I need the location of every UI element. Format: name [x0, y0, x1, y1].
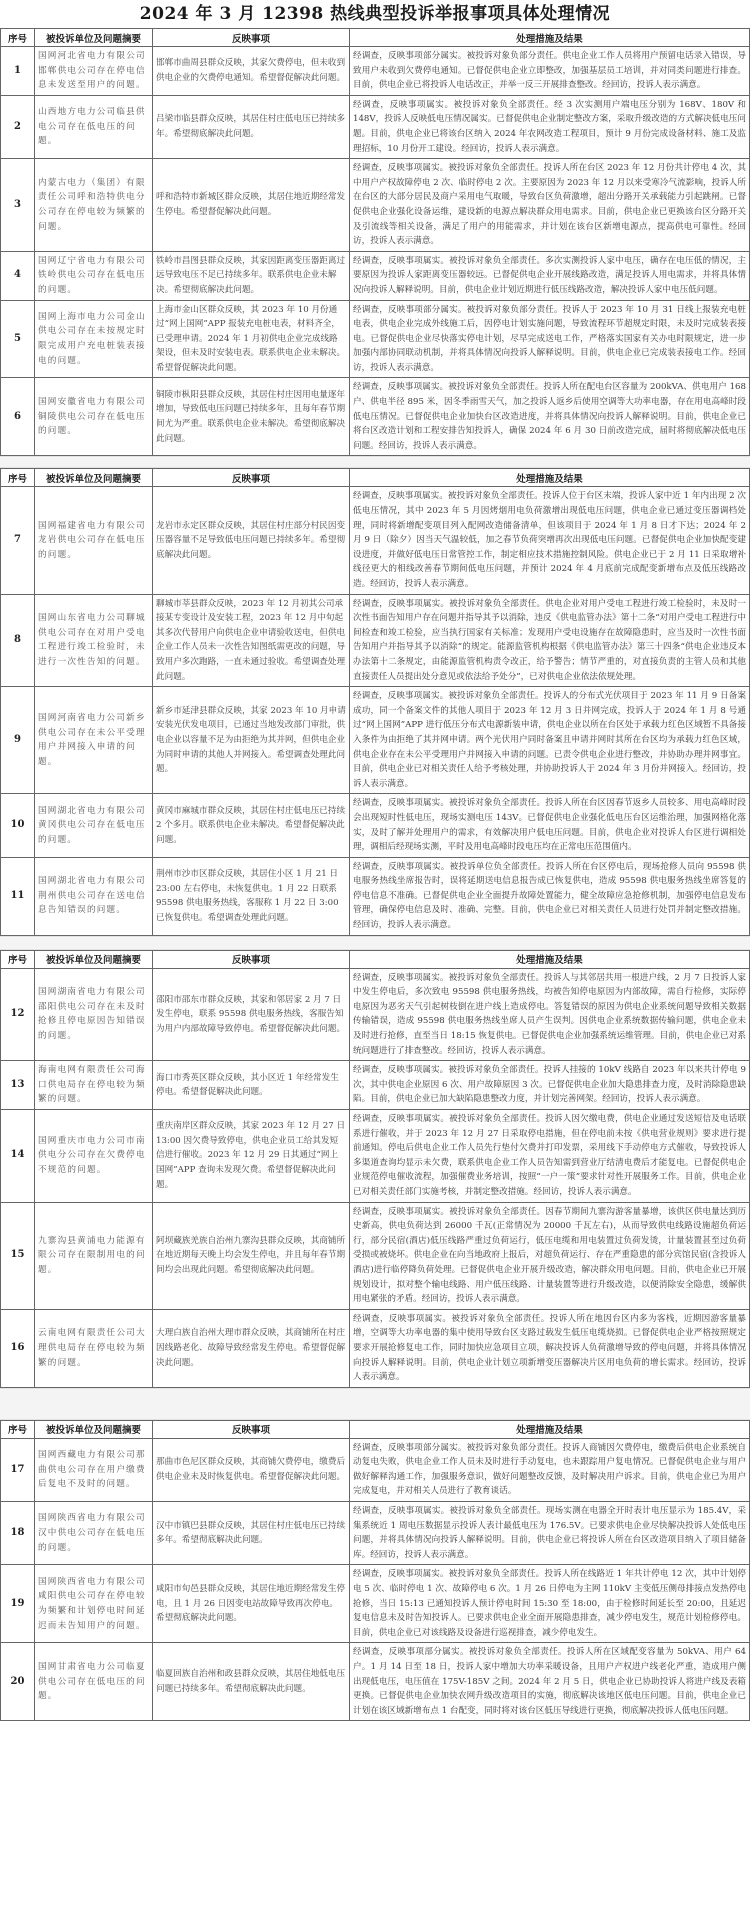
row-number: 16 — [1, 1309, 35, 1387]
table-block: 序号 被投诉单位及问题摘要 反映事项 处理措施及结果 7 国网福建省电力有限公司… — [0, 468, 750, 935]
row-number: 2 — [1, 95, 35, 158]
row-reported-issue: 吕梁市临县群众反映，其居住村庄低电压已持续多年。希望彻底解决此问题。 — [153, 95, 350, 158]
row-number: 12 — [1, 968, 35, 1061]
row-reported-issue: 重庆南岸区群众反映，其家 2023 年 12 月 27 日 13:00 因欠费导… — [153, 1110, 350, 1203]
row-number: 20 — [1, 1643, 35, 1721]
row-unit-summary: 国网西藏电力有限公司那曲供电公司存在用户缴费后复电不及时的问题。 — [35, 1438, 153, 1501]
row-handling-result: 经调查，反映事项属实。被投诉单位负全部责任。投诉人所在台区停电后，现场抢修人员向… — [350, 857, 750, 935]
header-issue: 反映事项 — [153, 1420, 350, 1438]
row-reported-issue: 铜陵市枞阳县群众反映，其居住村庄因用电量逐年增加，导致低电压问题已持续多年，且每… — [153, 378, 350, 456]
row-reported-issue: 龙岩市永定区群众反映，其居住村庄部分村民因变压器容量不足导致低电压问题已持续多年… — [153, 487, 350, 594]
complaints-table: 序号 被投诉单位及问题摘要 反映事项 处理措施及结果 17 国网西藏电力有限公司… — [0, 1420, 750, 1722]
row-handling-result: 经调查，反映事项属实。被投诉对象负全部责任。投诉人与其邻居共用一根进户线，2 月… — [350, 968, 750, 1061]
table-row: 10 国网湖北省电力有限公司黄冈供电公司存在低电压的问题。 黄冈市麻城市群众反映… — [1, 794, 750, 857]
row-handling-result: 经调查，反映事项属实。被投诉对象负全部责任。投诉人挂接的 10kV 线路自 20… — [350, 1061, 750, 1110]
table-row: 11 国网湖北省电力有限公司荆州供电公司存在送电信息告知错误的问题。 荆州市沙市… — [1, 857, 750, 935]
row-unit-summary: 国网福建省电力有限公司龙岩供电公司存在低电压的问题。 — [35, 487, 153, 594]
row-reported-issue: 咸阳市旬邑县群众反映，其居住地近期经常发生停电，且 1 月 26 日因变电站故障… — [153, 1565, 350, 1643]
row-reported-issue: 上海市金山区群众反映，其 2023 年 10 月份通过“网上国网”APP 报装充… — [153, 300, 350, 378]
table-block: 序号 被投诉单位及问题摘要 反映事项 处理措施及结果 17 国网西藏电力有限公司… — [0, 1420, 750, 1722]
row-unit-summary: 九寨沟县黄浦电力能源有限公司存在限制用电的问题。 — [35, 1202, 153, 1309]
complaints-table: 序号 被投诉单位及问题摘要 反映事项 处理措施及结果 7 国网福建省电力有限公司… — [0, 468, 750, 935]
header-no: 序号 — [1, 469, 35, 487]
row-handling-result: 经调查，反映事项属实。被投诉对象负全部责任。供电企业对用户受电工程进行竣工检验时… — [350, 594, 750, 687]
page-separator — [0, 456, 750, 468]
row-handling-result: 经调查，反映事项部分属实。被投诉对象负部分责任。供电企业工作人员将用户预留电话录… — [350, 47, 750, 96]
header-unit: 被投诉单位及问题摘要 — [35, 29, 153, 47]
row-number: 8 — [1, 594, 35, 687]
header-no: 序号 — [1, 1420, 35, 1438]
row-handling-result: 经调查，反映事项属实。被投诉对象负全部责任。经 3 次实测用户端电压分别为 16… — [350, 95, 750, 158]
row-handling-result: 经调查，反映事项属实。被投诉对象负全部责任。投诉人所在台区因春节返乡人员较多、用… — [350, 794, 750, 857]
header-issue: 反映事项 — [153, 950, 350, 968]
table-row: 8 国网山东省电力公司聊城供电公司存在对用户受电工程进行竣工检验时，未进行一次性… — [1, 594, 750, 687]
row-reported-issue: 阿坝藏族羌族自治州九寨沟县群众反映，其商铺所在地近期每天晚上均会发生停电，并且每… — [153, 1202, 350, 1309]
row-number: 11 — [1, 857, 35, 935]
row-reported-issue: 大理白族自治州大理市群众反映，其商铺所在村庄因线路老化、故障导致经常发生停电。希… — [153, 1309, 350, 1387]
row-handling-result: 经调查，反映事项属实。被投诉对象负全部责任。投诉人位于台区末端，投诉人家中近 1… — [350, 487, 750, 594]
row-reported-issue: 海口市秀英区群众反映，其小区近 1 年经常发生停电。希望督促解决此问题。 — [153, 1061, 350, 1110]
row-unit-summary: 国网陕西省电力有限公司汉中供电公司存在低电压的问题。 — [35, 1502, 153, 1565]
table-block: 序号 被投诉单位及问题摘要 反映事项 处理措施及结果 12 国网湖南省电力有限公… — [0, 950, 750, 1388]
row-number: 7 — [1, 487, 35, 594]
row-unit-summary: 内蒙古电力（集团）有限责任公司呼和浩特供电分公司存在停电较为频繁的问题。 — [35, 159, 153, 252]
row-reported-issue: 那曲市色尼区群众反映，其商铺欠费停电，缴费后供电企业未及时恢复供电。希望督促解决… — [153, 1438, 350, 1501]
header-unit: 被投诉单位及问题摘要 — [35, 1420, 153, 1438]
table-row: 19 国网陕西省电力有限公司咸阳供电公司存在停电较为频繁和计划停电时间延迟而未告… — [1, 1565, 750, 1643]
table-row: 17 国网西藏电力有限公司那曲供电公司存在用户缴费后复电不及时的问题。 那曲市色… — [1, 1438, 750, 1501]
row-handling-result: 经调查，反映事项属实。被投诉对象负全部责任。现场实测在电器全开时表计电压显示为 … — [350, 1502, 750, 1565]
header-unit: 被投诉单位及问题摘要 — [35, 469, 153, 487]
header-result: 处理措施及结果 — [350, 29, 750, 47]
row-unit-summary: 国网辽宁省电力有限公司铁岭供电公司存在低电压的问题。 — [35, 251, 153, 300]
row-number: 5 — [1, 300, 35, 378]
row-unit-summary: 国网上海市电力公司金山供电公司存在未按规定时限完成用户充电桩装表接电的问题。 — [35, 300, 153, 378]
row-unit-summary: 山西地方电力公司临县供电公司存在低电压的问题。 — [35, 95, 153, 158]
table-row: 1 国网河北省电力有限公司邯郸供电公司存在停电信息未发送至用户的问题。 邯郸市曲… — [1, 47, 750, 96]
row-number: 13 — [1, 1061, 35, 1110]
page-separator — [0, 936, 750, 950]
table-row: 12 国网湖南省电力有限公司邵阳供电公司存在未及时抢修且停电原因告知错误的问题。… — [1, 968, 750, 1061]
header-no: 序号 — [1, 950, 35, 968]
row-reported-issue: 汉中市镇巴县群众反映，其居住村庄低电压已持续多年。希望彻底解决此问题。 — [153, 1502, 350, 1565]
row-handling-result: 经调查，反映事项属实。被投诉对象负全部责任。多次实测投诉人家中电压，确存在电压低… — [350, 251, 750, 300]
row-reported-issue: 铁岭市昌图县群众反映，其家因距离变压器距离过远导致电压不足已持续多年。联系供电企… — [153, 251, 350, 300]
header-row: 序号 被投诉单位及问题摘要 反映事项 处理措施及结果 — [1, 469, 750, 487]
header-result: 处理措施及结果 — [350, 1420, 750, 1438]
row-unit-summary: 国网河北省电力有限公司邯郸供电公司存在停电信息未发送至用户的问题。 — [35, 47, 153, 96]
complaints-table: 序号 被投诉单位及问题摘要 反映事项 处理措施及结果 12 国网湖南省电力有限公… — [0, 950, 750, 1388]
page-title: 2024 年 3 月 12398 热线典型投诉举报事项具体处理情况 — [0, 0, 750, 28]
row-handling-result: 经调查，反映事项属实。被投诉对象负全部责任。投诉人所在台区 2023 年 12 … — [350, 159, 750, 252]
table-row: 13 海南电网有限责任公司海口供电局存在停电较为频繁的问题。 海口市秀英区群众反… — [1, 1061, 750, 1110]
page-separator — [0, 1388, 750, 1420]
table-row: 14 国网重庆市电力公司市南供电分公司存在欠费停电不规范的问题。 重庆南岸区群众… — [1, 1110, 750, 1203]
row-reported-issue: 临夏回族自治州和政县群众反映，其居住地低电压问题已持续多年。希望彻底解决此问题。 — [153, 1643, 350, 1721]
row-number: 14 — [1, 1110, 35, 1203]
row-handling-result: 经调查，反映事项部分属实。被投诉对象负部分责任。投诉人商铺因欠费停电，缴费后供电… — [350, 1438, 750, 1501]
row-number: 17 — [1, 1438, 35, 1501]
row-reported-issue: 邯郸市曲周县群众反映，其家欠费停电，但未收到供电企业的欠费停电通知。希望督促解决… — [153, 47, 350, 96]
table-row: 3 内蒙古电力（集团）有限责任公司呼和浩特供电分公司存在停电较为频繁的问题。 呼… — [1, 159, 750, 252]
row-reported-issue: 荆州市沙市区群众反映，其居住小区 1 月 21 日 23:00 左右停电，未恢复… — [153, 857, 350, 935]
document-page: 2024 年 3 月 12398 热线典型投诉举报事项具体处理情况 序号 被投诉… — [0, 0, 750, 1721]
row-unit-summary: 国网陕西省电力有限公司咸阳供电公司存在停电较为频繁和计划停电时间延迟而未告知用户… — [35, 1565, 153, 1643]
row-reported-issue: 呼和浩特市新城区群众反映，其居住地近期经常发生停电。希望督促解决此问题。 — [153, 159, 350, 252]
table-row: 5 国网上海市电力公司金山供电公司存在未按规定时限完成用户充电桩装表接电的问题。… — [1, 300, 750, 378]
row-number: 19 — [1, 1565, 35, 1643]
row-number: 3 — [1, 159, 35, 252]
table-row: 7 国网福建省电力有限公司龙岩供电公司存在低电压的问题。 龙岩市永定区群众反映，… — [1, 487, 750, 594]
table-row: 6 国网安徽省电力有限公司铜陵供电公司存在低电压的问题。 铜陵市枞阳县群众反映，… — [1, 378, 750, 456]
row-reported-issue: 新乡市延津县群众反映，其家 2023 年 10 月申请安装光伏发电项目，已通过当… — [153, 687, 350, 794]
header-result: 处理措施及结果 — [350, 950, 750, 968]
row-unit-summary: 国网甘肃省电力公司临夏供电公司存在低电压的问题。 — [35, 1643, 153, 1721]
header-no: 序号 — [1, 29, 35, 47]
row-unit-summary: 国网安徽省电力有限公司铜陵供电公司存在低电压的问题。 — [35, 378, 153, 456]
header-row: 序号 被投诉单位及问题摘要 反映事项 处理措施及结果 — [1, 950, 750, 968]
header-issue: 反映事项 — [153, 29, 350, 47]
table-row: 2 山西地方电力公司临县供电公司存在低电压的问题。 吕梁市临县群众反映，其居住村… — [1, 95, 750, 158]
header-unit: 被投诉单位及问题摘要 — [35, 950, 153, 968]
row-unit-summary: 云南电网有限责任公司大理供电局存在停电较为频繁的问题。 — [35, 1309, 153, 1387]
row-number: 15 — [1, 1202, 35, 1309]
header-row: 序号 被投诉单位及问题摘要 反映事项 处理措施及结果 — [1, 29, 750, 47]
row-unit-summary: 国网山东省电力公司聊城供电公司存在对用户受电工程进行竣工检验时，未进行一次性告知… — [35, 594, 153, 687]
complaints-table: 序号 被投诉单位及问题摘要 反映事项 处理措施及结果 1 国网河北省电力有限公司… — [0, 28, 750, 456]
row-number: 4 — [1, 251, 35, 300]
row-number: 9 — [1, 687, 35, 794]
row-reported-issue: 聊城市莘县群众反映，2023 年 12 月初其公司承接某专变设计及安装工程，20… — [153, 594, 350, 687]
table-row: 18 国网陕西省电力有限公司汉中供电公司存在低电压的问题。 汉中市镇巴县群众反映… — [1, 1502, 750, 1565]
row-handling-result: 经调查，反映事项属实。被投诉对象负全部责任。因春节期间九寨沟游客量暴增，该供区供… — [350, 1202, 750, 1309]
row-reported-issue: 黄冈市麻城市群众反映，其居住村庄低电压已持续 2 个多月。联系供电企业未解决。希… — [153, 794, 350, 857]
table-row: 16 云南电网有限责任公司大理供电局存在停电较为频繁的问题。 大理白族自治州大理… — [1, 1309, 750, 1387]
row-handling-result: 经调查，反映事项属实。被投诉对象负全部责任。投诉人所在配电台区容量为 200kV… — [350, 378, 750, 456]
table-row: 4 国网辽宁省电力有限公司铁岭供电公司存在低电压的问题。 铁岭市昌图县群众反映，… — [1, 251, 750, 300]
row-unit-summary: 国网河南省电力公司新乡供电公司存在未公平受理用户并网接入申请的问题。 — [35, 687, 153, 794]
header-issue: 反映事项 — [153, 469, 350, 487]
row-handling-result: 经调查，反映事项属实。被投诉对象负全部责任。投诉人所在线路近 1 年共计停电 1… — [350, 1565, 750, 1643]
row-handling-result: 经调查，反映事项部分属实。被投诉对象负全部责任。投诉人所在区域配变容量为 50k… — [350, 1643, 750, 1721]
table-blocks: 序号 被投诉单位及问题摘要 反映事项 处理措施及结果 1 国网河北省电力有限公司… — [0, 28, 750, 1721]
row-number: 10 — [1, 794, 35, 857]
table-row: 15 九寨沟县黄浦电力能源有限公司存在限制用电的问题。 阿坝藏族羌族自治州九寨沟… — [1, 1202, 750, 1309]
row-unit-summary: 国网湖北省电力有限公司荆州供电公司存在送电信息告知错误的问题。 — [35, 857, 153, 935]
row-handling-result: 经调查，反映事项部分属实。被投诉对象负部分责任。投诉人于 2023 年 10 月… — [350, 300, 750, 378]
table-row: 20 国网甘肃省电力公司临夏供电公司存在低电压的问题。 临夏回族自治州和政县群众… — [1, 1643, 750, 1721]
row-handling-result: 经调查，反映事项属实。被投诉对象负全部责任。投诉人所在地因台区内多为客栈，近期因… — [350, 1309, 750, 1387]
row-handling-result: 经调查，反映事项属实。被投诉对象负全部责任。投诉人因欠缴电费，供电企业通过发送短… — [350, 1110, 750, 1203]
row-unit-summary: 国网湖北省电力有限公司黄冈供电公司存在低电压的问题。 — [35, 794, 153, 857]
row-handling-result: 经调查，反映事项属实。被投诉对象负全部责任。投诉人的分布式光伏项目于 2023 … — [350, 687, 750, 794]
row-number: 1 — [1, 47, 35, 96]
table-row: 9 国网河南省电力公司新乡供电公司存在未公平受理用户并网接入申请的问题。 新乡市… — [1, 687, 750, 794]
table-block: 序号 被投诉单位及问题摘要 反映事项 处理措施及结果 1 国网河北省电力有限公司… — [0, 28, 750, 456]
header-row: 序号 被投诉单位及问题摘要 反映事项 处理措施及结果 — [1, 1420, 750, 1438]
row-unit-summary: 海南电网有限责任公司海口供电局存在停电较为频繁的问题。 — [35, 1061, 153, 1110]
row-number: 18 — [1, 1502, 35, 1565]
row-reported-issue: 邵阳市邵东市群众反映，其家和邻居家 2 月 7 日发生停电，联系 95598 供… — [153, 968, 350, 1061]
row-number: 6 — [1, 378, 35, 456]
row-unit-summary: 国网湖南省电力有限公司邵阳供电公司存在未及时抢修且停电原因告知错误的问题。 — [35, 968, 153, 1061]
row-unit-summary: 国网重庆市电力公司市南供电分公司存在欠费停电不规范的问题。 — [35, 1110, 153, 1203]
header-result: 处理措施及结果 — [350, 469, 750, 487]
